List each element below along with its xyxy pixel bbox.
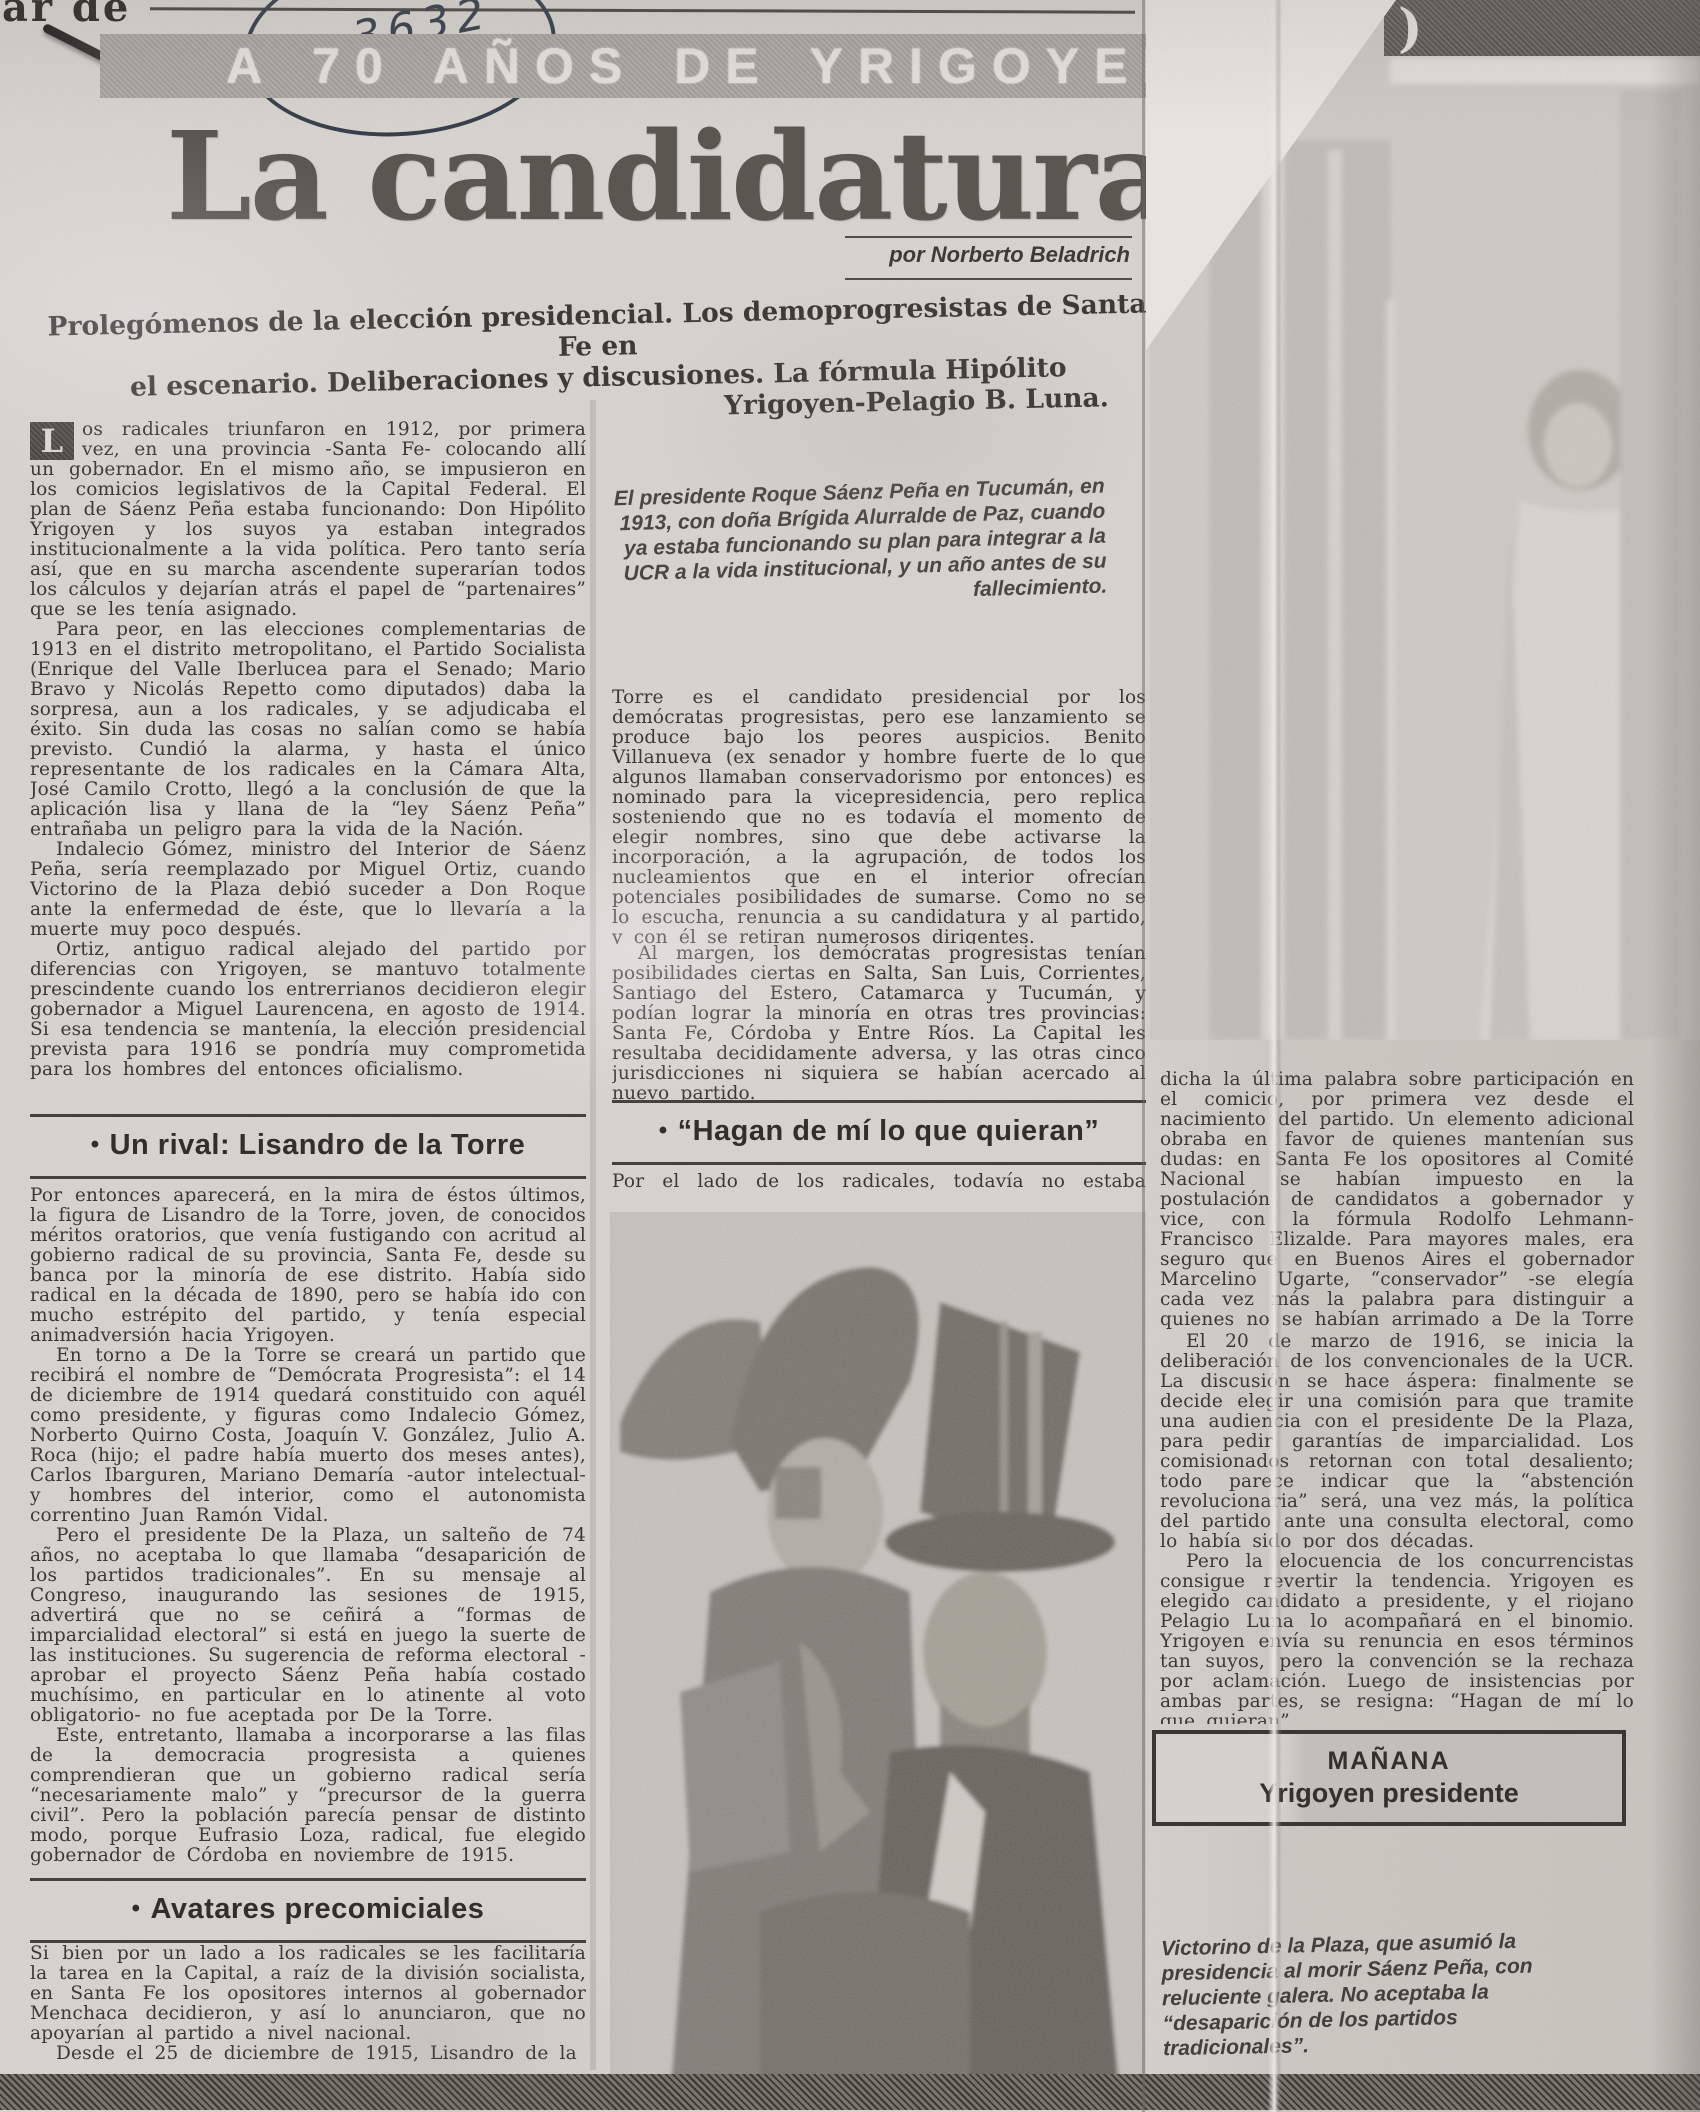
section-title: Un rival: Lisandro de la Torre <box>110 1129 526 1161</box>
section-title: Avatares precomiciales <box>150 1893 484 1925</box>
body-paragraph: Al margen, los demócratas progresistas t… <box>612 944 1146 1104</box>
cut-off-masthead-fragment: ar de <box>2 0 131 31</box>
body-paragraph: Si bien por un lado a los radicales se l… <box>30 1944 586 2044</box>
column2-block-a: Torre es el candidato presidencial por l… <box>612 688 1146 944</box>
photo-caption-victorino: Victorino de la Plaza, que asumió la pre… <box>1161 1928 1576 2062</box>
section-header-avatares: •Avatares precomiciales <box>30 1878 586 1943</box>
bullet-icon: • <box>91 1131 100 1158</box>
kicker-banner: A 70 AÑOS DE YRIGOYEN <box>100 34 1260 98</box>
section-title: “Hagan de mí lo que quieran” <box>678 1115 1100 1147</box>
column2-block-c: Por el lado de los radicales, todavía no… <box>612 1172 1146 1196</box>
byline-rule-bottom <box>845 278 1132 280</box>
article-subtitle: Prolegómenos de la elección presidencial… <box>47 288 1149 435</box>
column3-block-a: dicha la última palabra sobre participac… <box>1160 1070 1634 1330</box>
column1-block-b: Por entonces aparecerá, en la mira de és… <box>30 1186 586 1874</box>
column1-block-c: Si bien por un lado a los radicales se l… <box>30 1944 586 2072</box>
body-paragraph: Los radicales triunfaron en 1912, por pr… <box>30 420 586 620</box>
column3-block-b: El 20 de marzo de 1916, se inicia la del… <box>1160 1332 1634 1548</box>
column2-block-b: Al margen, los demócratas progresistas t… <box>612 944 1146 1108</box>
page-edge-line <box>1142 0 1145 2112</box>
body-paragraph: Pero el presidente De la Plaza, un salte… <box>30 1526 586 1726</box>
body-paragraph: dicha la última palabra sobre participac… <box>1160 1070 1634 1330</box>
underlying-banner-glyph: ) <box>1398 0 1423 59</box>
body-paragraph: Indalecio Gómez, ministro del Interior d… <box>30 840 586 940</box>
tomorrow-kicker: MAÑANA <box>1156 1747 1622 1776</box>
photo-two-men-top-hats <box>610 1212 1146 2098</box>
column3-block-c: Pero la elocuencia de los concurrencista… <box>1160 1552 1634 1724</box>
body-paragraph: En torno a De la Torre se creará un part… <box>30 1346 586 1526</box>
tomorrow-teaser-box: MAÑANA Yrigoyen presidente <box>1152 1730 1626 1826</box>
paragraph-text: os radicales triunfaron en 1912, por pri… <box>30 420 586 620</box>
body-paragraph: El 20 de marzo de 1916, se inicia la del… <box>1160 1332 1634 1548</box>
body-paragraph: Por entonces aparecerá, en la mira de és… <box>30 1186 586 1346</box>
bullet-icon: • <box>659 1117 668 1144</box>
byline-rule-top <box>845 236 1132 238</box>
body-paragraph: Torre es el candidato presidencial por l… <box>612 688 1146 944</box>
tomorrow-title: Yrigoyen presidente <box>1156 1778 1622 1809</box>
bottom-ink-bar <box>0 2074 1700 2110</box>
body-paragraph: Este, entretanto, llamaba a incorporarse… <box>30 1726 586 1866</box>
photo-caption-saenz-pena: El presidente Roque Sáenz Peña en Tucumá… <box>612 474 1107 612</box>
body-paragraph: Ortiz, antiguo radical alejado del parti… <box>30 940 586 1080</box>
section-header-un-rival: •Un rival: Lisandro de la Torre <box>30 1114 586 1179</box>
body-paragraph: Por el lado de los radicales, todavía no… <box>612 1172 1146 1192</box>
kicker-banner-text: A 70 AÑOS DE YRIGOYEN <box>226 34 1194 98</box>
body-paragraph: Para peor, en las elecciones complementa… <box>30 620 586 840</box>
column1-block-a: Los radicales triunfaron en 1912, por pr… <box>30 420 586 1114</box>
section-header-hagan: •“Hagan de mí lo que quieran” <box>612 1100 1146 1165</box>
drop-cap: L <box>30 422 74 460</box>
column-gutter-shadow <box>590 400 596 2070</box>
body-paragraph: Pero la elocuencia de los concurrencista… <box>1160 1552 1634 1724</box>
body-paragraph: Desde el 25 de diciembre de 1915, Lisand… <box>30 2044 586 2064</box>
byline: por Norberto Beladrich <box>845 242 1130 268</box>
bullet-icon: • <box>132 1895 141 1922</box>
article-title: La candidatura <box>166 104 1176 248</box>
newspaper-scan-page: ar de 3632 A 70 AÑOS DE YRIGOYEN ) La ca… <box>0 0 1700 2112</box>
underlying-page-banner: ) <box>1384 0 1700 56</box>
